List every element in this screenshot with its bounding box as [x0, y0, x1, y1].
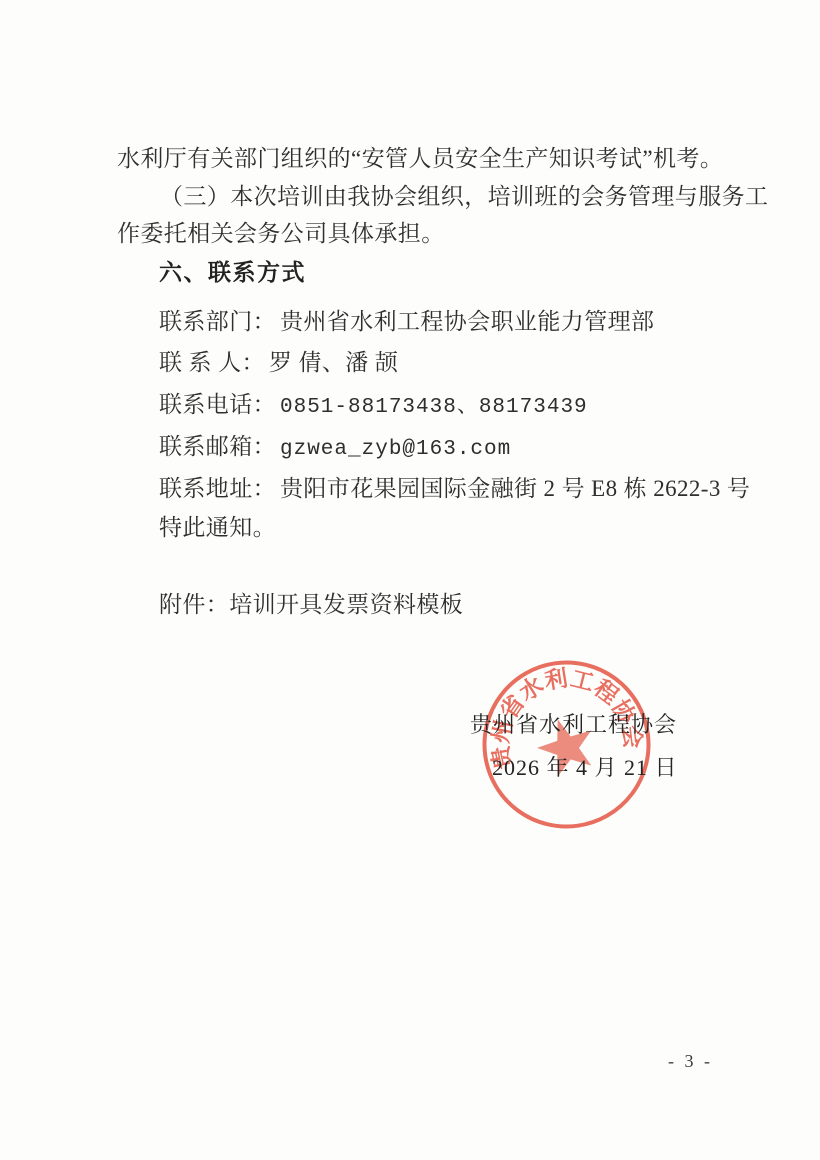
- contact-label: 联系地址：: [159, 476, 276, 502]
- paragraph-line-3: 作委托相关会务公司具体承担。: [117, 221, 445, 247]
- contact-row-department: 联系部门：贵州省水利工程协会职业能力管理部: [159, 309, 654, 335]
- contact-row-person: 联 系 人：罗 倩、潘 颉: [159, 350, 398, 376]
- contact-label: 联系邮箱：: [159, 434, 276, 460]
- contact-value: 罗 倩、潘 颉: [269, 350, 398, 375]
- seal-ring: [474, 652, 659, 837]
- contact-label: 联系电话：: [159, 392, 276, 418]
- paragraph-line-2: （三）本次培训由我协会组织，培训班的会务管理与服务工: [160, 184, 768, 210]
- contact-label: 联 系 人：: [159, 350, 265, 376]
- document-page: 水利厅有关部门组织的“安管人员安全生产知识考试”机考。 （三）本次培训由我协会组…: [0, 0, 820, 1160]
- contact-value: 贵州省水利工程协会职业能力管理部: [280, 309, 654, 334]
- official-seal: 贵州省水利工程协会: [473, 651, 660, 838]
- attachment-line: 附件：培训开具发票资料模板: [159, 592, 463, 618]
- contact-value-phone: 0851-88173438、88173439: [280, 396, 588, 419]
- contact-value-email: gzwea_zyb@163.com: [280, 438, 511, 461]
- contact-value-address: 贵阳市花果园国际金融街 2 号 E8 栋 2622-3 号: [280, 476, 750, 501]
- signature-org: 贵州省水利工程协会: [470, 708, 677, 739]
- paragraph-line-1: 水利厅有关部门组织的“安管人员安全生产知识考试”机考。: [117, 146, 723, 172]
- page-number: - 3 -: [668, 1051, 713, 1072]
- section-heading: 六、联系方式: [159, 259, 306, 285]
- contact-row-email: 联系邮箱：gzwea_zyb@163.com: [159, 434, 511, 462]
- contact-row-phone: 联系电话：0851-88173438、88173439: [159, 392, 588, 420]
- contact-label: 联系部门：: [159, 309, 276, 335]
- closing-line: 特此通知。: [159, 515, 276, 541]
- contact-row-address: 联系地址：贵阳市花果园国际金融街 2 号 E8 栋 2622-3 号: [159, 476, 750, 502]
- signature-date: 2026 年 4 月 21 日: [492, 751, 678, 782]
